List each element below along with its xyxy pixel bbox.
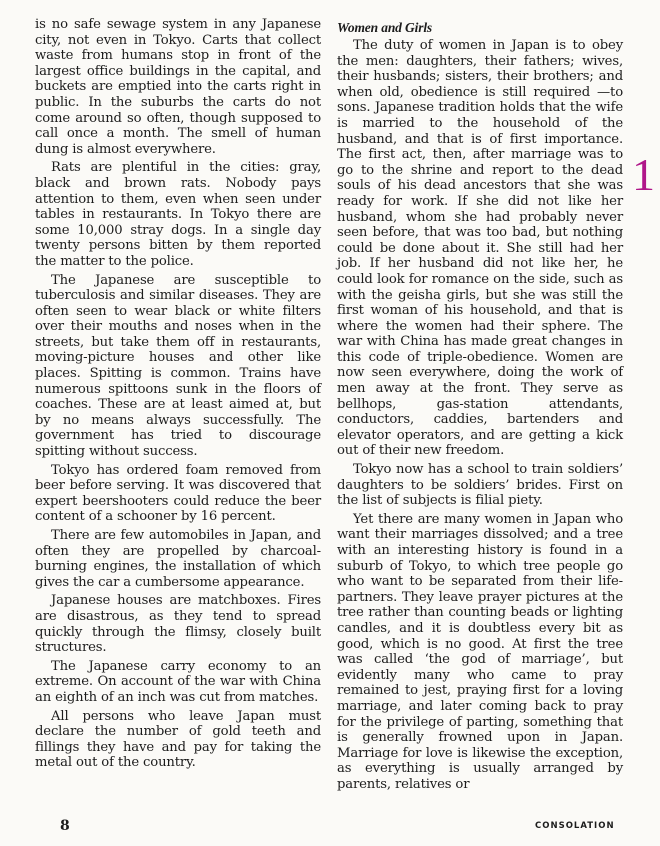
- magazine-name: CONSOLATION: [535, 821, 615, 831]
- left-column: is no safe sewage system in any Japanese…: [35, 17, 321, 774]
- paragraph-houses: Japanese houses are matchboxes. Fires ar…: [35, 593, 321, 655]
- paragraph-school-brides: Tokyo now has a school to train soldiers…: [337, 462, 623, 509]
- margin-annotation-number: 1: [632, 152, 655, 198]
- paragraph-automobiles: There are few automobiles in Japan, and …: [35, 528, 321, 590]
- paragraph-divorce-tree: Yet there are many women in Japan who wa…: [337, 512, 623, 793]
- paragraph-economy: The Japanese carry economy to an extreme…: [35, 659, 321, 706]
- right-column: Women and Girls The duty of women in Jap…: [337, 20, 623, 796]
- section-heading: Women and Girls: [337, 20, 623, 36]
- paragraph-gold-teeth: All persons who leave Japan must declare…: [35, 709, 321, 771]
- page-number: 8: [60, 818, 70, 834]
- paragraph-duty-of-women: The duty of women in Japan is to obey th…: [337, 38, 623, 459]
- paragraph-sewage: is no safe sewage system in any Japanese…: [35, 17, 321, 157]
- paragraph-rats: Rats are plentiful in the cities: gray, …: [35, 160, 321, 269]
- magazine-page: is no safe sewage system in any Japanese…: [0, 0, 660, 846]
- paragraph-beer-foam: Tokyo has ordered foam removed from beer…: [35, 463, 321, 525]
- paragraph-tuberculosis: The Japanese are susceptible to tubercul…: [35, 273, 321, 460]
